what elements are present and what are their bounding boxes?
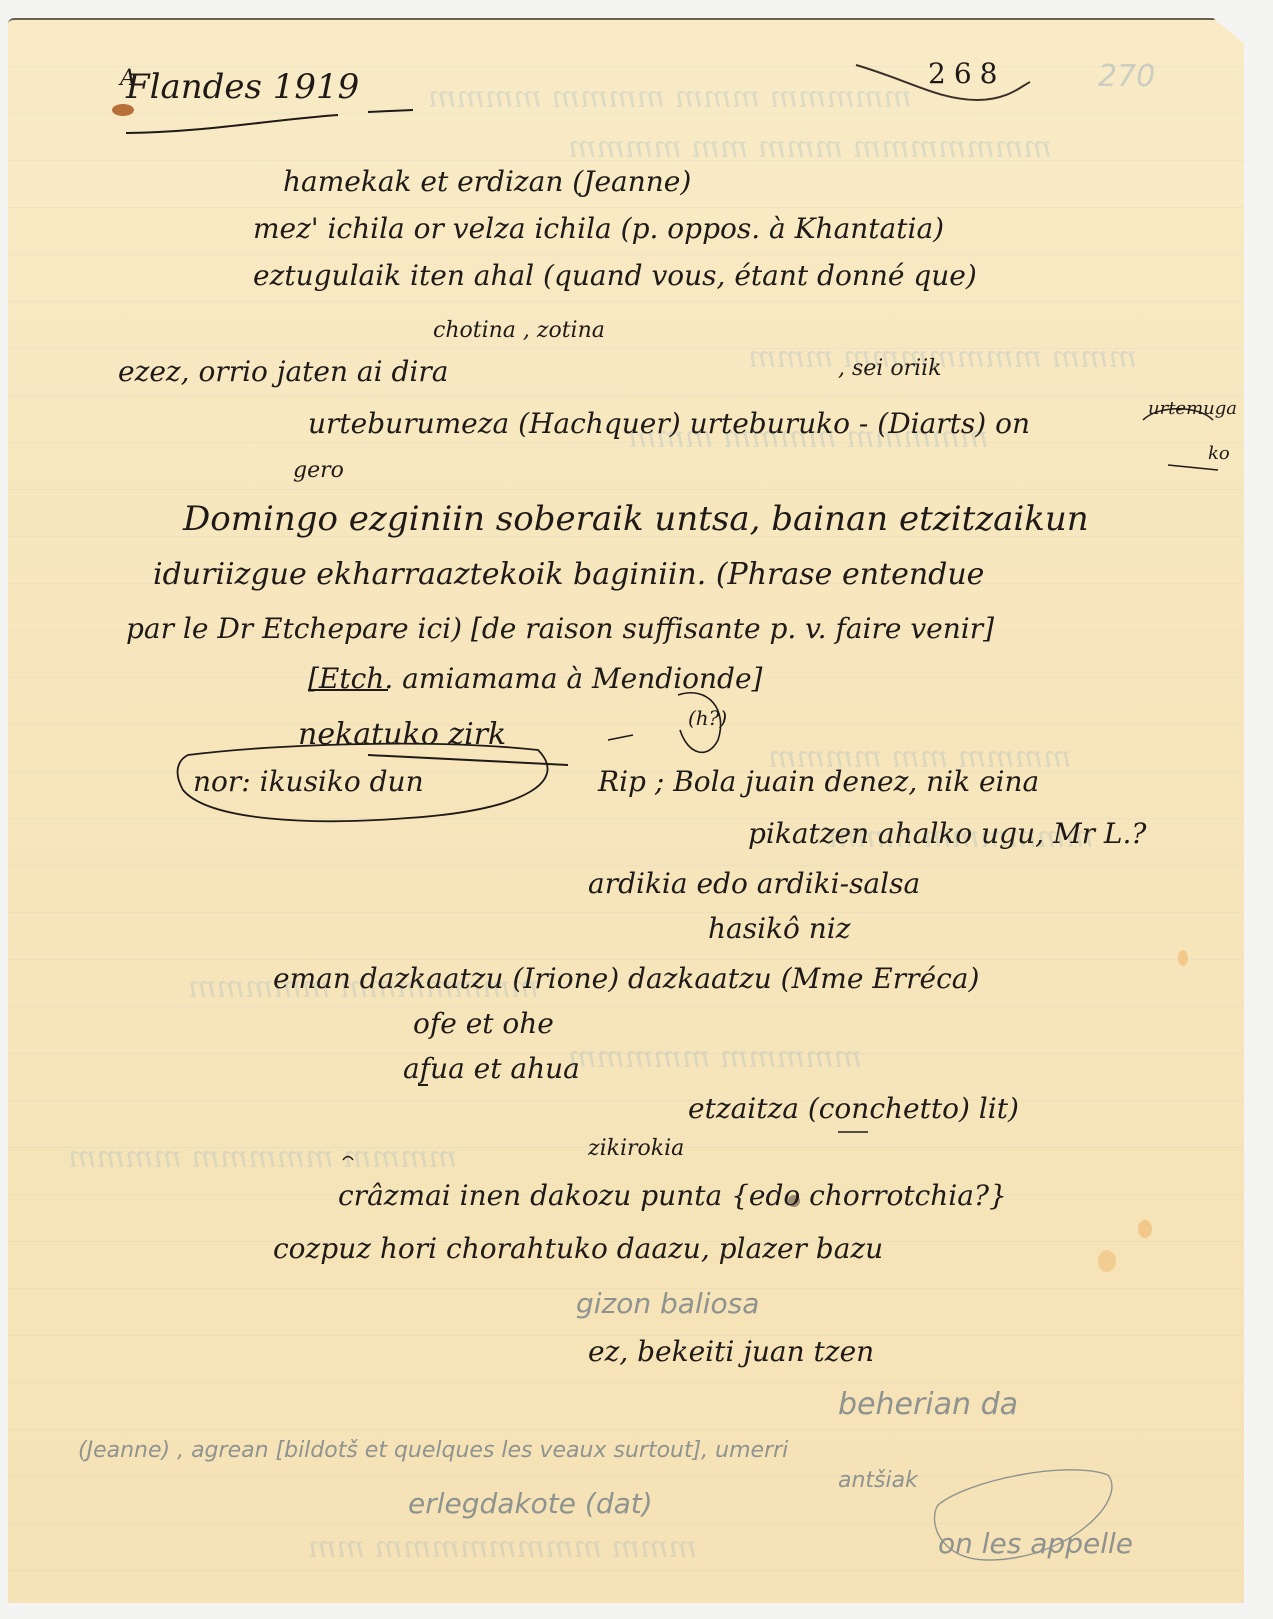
manuscript-page: mmmmm mmm mmmm mmmm mmmmmmm mmm mm mmmm … bbox=[8, 18, 1244, 1603]
pen-strokes bbox=[8, 20, 1244, 1603]
